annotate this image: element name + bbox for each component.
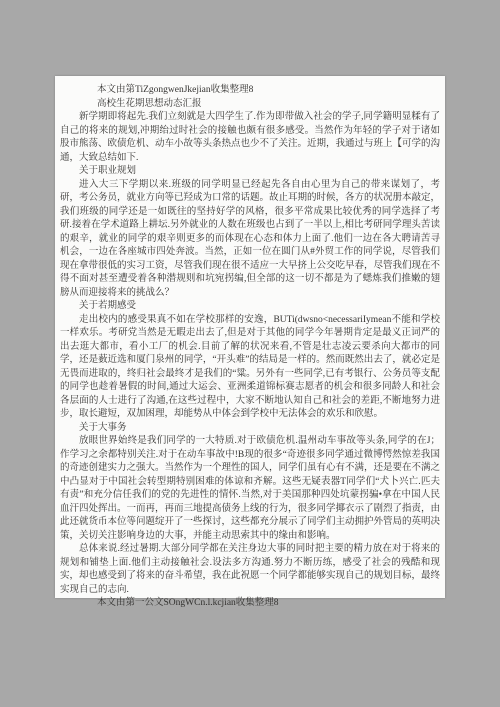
document-text-block: 本文由第TiZgongwenJkejian收集整理8 高校生花期思想动态汇报 新… [60, 84, 440, 611]
paragraph-career-plan: 进入大三下学期以来.班级的同学明显已经起先各自由心里为自己的带来谋划了，考研，考… [60, 179, 440, 301]
section-heading-career-plan: 关于职业规划 [60, 165, 440, 179]
paragraph-summary: 总体来说.经过暑期.大部分同学都在关注身边大事的同时把主要的精力放在对于将来的规… [60, 543, 440, 597]
paragraph-feelings: 走出校内的感受果真不如在学校那样的安逸，BUTi(dwsno<necessari… [60, 314, 440, 422]
section-heading-feelings: 关于若期感受 [60, 300, 440, 314]
doc-source-line-top: 本文由第TiZgongwenJkejian收集整理8 [60, 84, 440, 98]
paragraph-intro: 新学期即将起先.我们立刻就是大四学生了.作为即带做入社会的学子,同学籍明显糅有了… [60, 111, 440, 165]
document-canvas: 本文由第TiZgongwenJkejian收集整理8 高校生花期思想动态汇报 新… [0, 0, 500, 707]
section-heading-big-events: 关于大事务 [60, 422, 440, 436]
doc-title: 高校生花期思想动态汇报 [60, 98, 440, 112]
doc-source-line-bottom: 本文由第一公文SOngWCn.l.kcjian收集整理8 [60, 597, 440, 611]
paragraph-big-events: 放眼世界始终是我们同学的一大特质.对于欧债危机.温州动车事故等头条,同学的在J；… [60, 435, 440, 543]
document-page: 本文由第TiZgongwenJkejian收集整理8 高校生花期思想动态汇报 新… [55, 76, 445, 598]
